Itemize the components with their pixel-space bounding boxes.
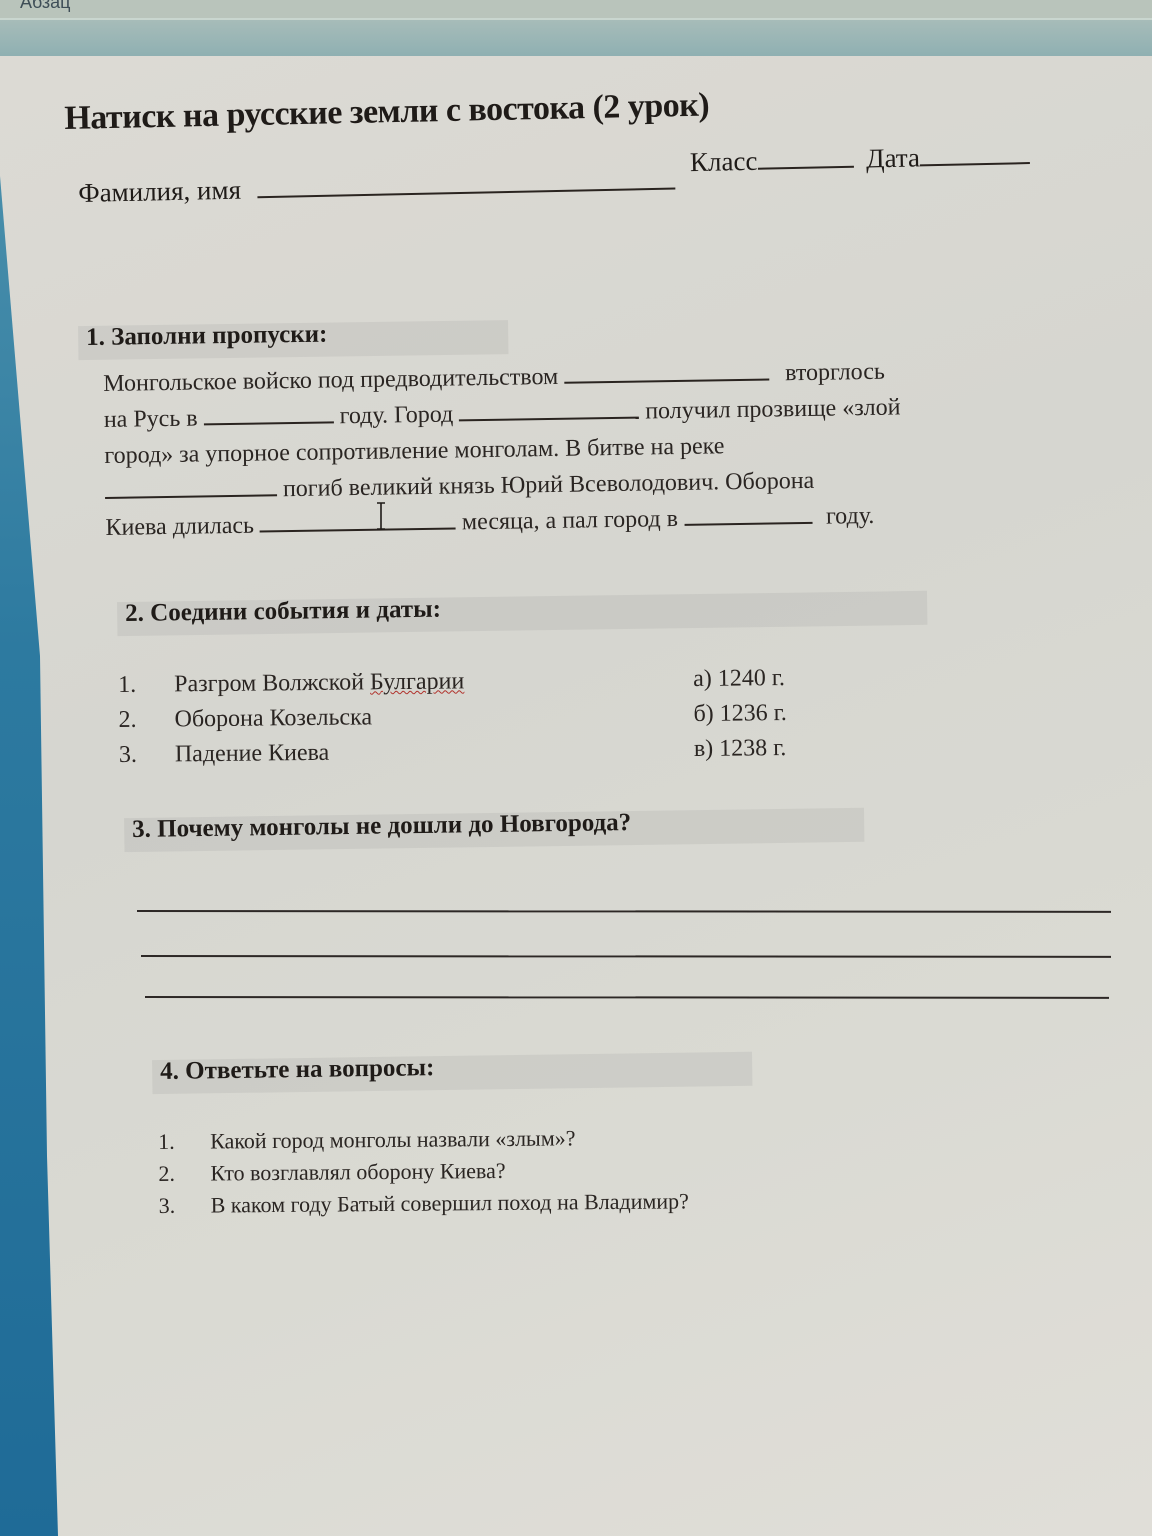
fill-in-paragraph: Монгольское войско под предводительством… xyxy=(103,350,1136,546)
blank-months[interactable] xyxy=(260,505,456,532)
blank-year[interactable] xyxy=(203,399,333,425)
spellcheck-flagged-word[interactable]: Булгарии xyxy=(370,668,465,695)
name-label: Фамилия, имя xyxy=(78,175,241,208)
answer-line[interactable] xyxy=(137,910,1111,913)
answer-line[interactable] xyxy=(141,955,1111,958)
task4-heading: 4. Ответьте на вопросы: xyxy=(160,1054,435,1086)
blank-fall-year[interactable] xyxy=(684,500,812,526)
name-field[interactable] xyxy=(257,165,675,198)
date-option: а) 1240 г. xyxy=(693,661,785,697)
question-item: 3. В каком году Батый совершил поход на … xyxy=(159,1183,959,1222)
date-field[interactable] xyxy=(920,140,1030,166)
blank-leader[interactable] xyxy=(564,357,769,384)
blank-river[interactable] xyxy=(105,472,277,499)
document-content: Натиск на русские земли с востока (2 уро… xyxy=(0,0,1152,1536)
task2-heading: 2. Соедини события и даты: xyxy=(125,596,441,628)
question-list: 1. Какой город монголы назвали «злым»? 2… xyxy=(158,1119,959,1222)
student-info-row: Фамилия, имя Класс Дата xyxy=(78,158,1031,209)
event-label: Разгром Волжской Булгарии xyxy=(174,664,464,702)
class-label: Класс xyxy=(690,146,758,177)
text-cursor-icon xyxy=(376,502,386,530)
matching-list: 1. Разгром Волжской Булгарии а) 1240 г. … xyxy=(118,660,839,773)
class-field[interactable] xyxy=(757,144,853,170)
date-option: б) 1236 г. xyxy=(693,696,787,732)
page-title: Натиск на русские земли с востока (2 уро… xyxy=(64,86,710,137)
event-label: Оборона Козельска xyxy=(174,700,372,737)
answer-line[interactable] xyxy=(145,996,1109,999)
date-option: в) 1238 г. xyxy=(694,731,787,767)
match-row: 3. Падение Киева в) 1238 г. xyxy=(119,730,839,773)
task1-heading: 1. Заполни пропуски: xyxy=(86,321,328,352)
date-label: Дата xyxy=(866,142,920,173)
task3-heading: 3. Почему монголы не дошли до Новгорода? xyxy=(132,809,631,844)
blank-city[interactable] xyxy=(459,395,639,422)
event-label: Падение Киева xyxy=(175,736,330,773)
